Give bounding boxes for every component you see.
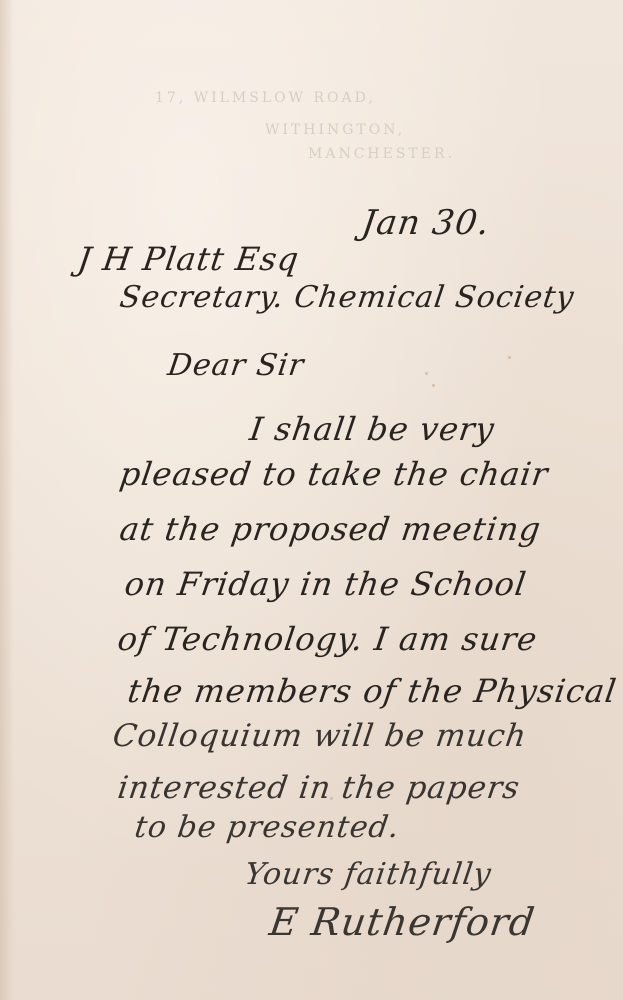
body-line: at the proposed meeting [117,510,543,548]
letter-date: Jan 30. [359,203,492,243]
letterhead-street: 17, Wilmslow Road, [155,90,376,106]
body-line: to be presented. [133,810,402,845]
recipient-name: J H Platt Esq [75,240,301,278]
body-line: of Technology. I am sure [115,620,540,658]
recipient-title: Secretary. Chemical Society [118,280,577,315]
letterhead-city: Manchester. [308,146,455,162]
body-line: the members of the Physical [125,672,619,710]
letterhead-district: Withington, [265,122,405,138]
letter-paper: 17, Wilmslow Road, Withington, Mancheste… [0,0,623,1000]
body-line: I shall be very [247,410,497,448]
body-line: on Friday in the School [122,565,529,603]
closing: Yours faithfully [243,857,494,892]
paper-stain [330,797,333,800]
signature: E Rutherford [267,900,538,944]
paper-stain [432,384,435,387]
body-line: interested in the papers [115,770,522,806]
body-line: Colloquium will be much [110,718,529,754]
paper-stain [508,356,511,359]
paper-stain [425,372,428,375]
salutation: Dear Sir [166,348,307,383]
body-line: pleased to take the chair [117,455,551,493]
